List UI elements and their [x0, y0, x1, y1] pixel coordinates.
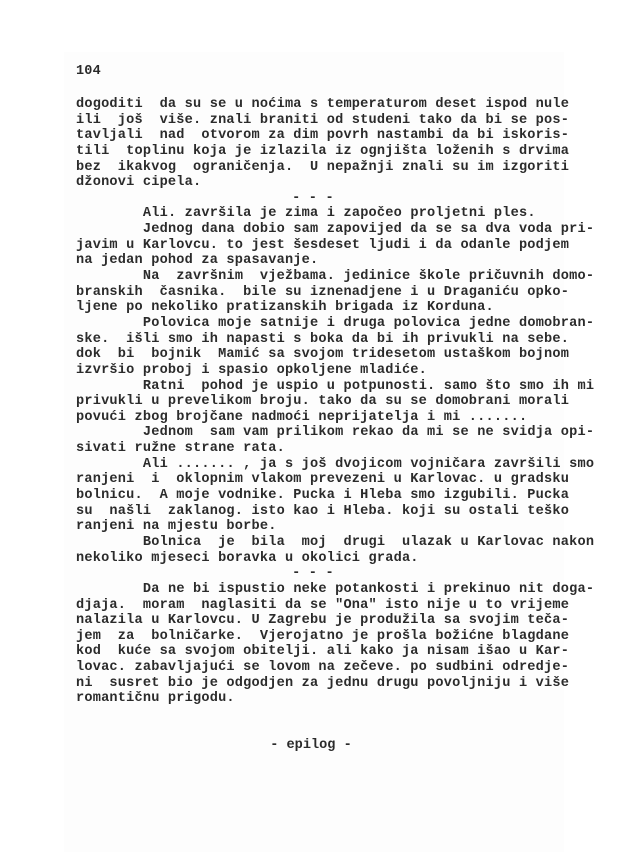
text-line: ljene po nekoliko pratizanskih brigada i…: [76, 300, 556, 316]
text-line: Jednog dana dobio sam zapovijed da se sa…: [76, 222, 556, 238]
text-line: Jednom sam vam prilikom rekao da mi se n…: [76, 425, 556, 441]
text-line: ili još više. znali braniti od studeni t…: [76, 113, 556, 129]
text-line: lovac. zabavljajući se lovom na zečeve. …: [76, 660, 556, 676]
section-heading-epilog: - epilog -: [76, 738, 546, 753]
text-line: na jedan pohod za spasavanje.: [76, 253, 556, 269]
text-line: Polovica moje satnije i druga polovica j…: [76, 316, 556, 332]
text-line: tavljali nad otvorom za dim povrh nastam…: [76, 128, 556, 144]
text-line: Ali. završila je zima i započeo proljetn…: [76, 206, 556, 222]
text-line: ni susret bio je odgodjen za jednu drugu…: [76, 676, 556, 692]
text-line: tili toplinu koja je izlazila iz ognjišt…: [76, 144, 556, 160]
text-line: Ali ....... , ja s još dvojicom vojničar…: [76, 457, 556, 473]
text-line: ranjeni na mjestu borbe.: [76, 519, 556, 535]
text-line: branskih časnika. bile su iznenadjene i …: [76, 285, 556, 301]
section-separator: - - -: [76, 191, 556, 207]
text-line: ske. išli smo ih napasti s boka da bi ih…: [76, 332, 556, 348]
text-line: bez ikakvog ograničenja. U nepažnji znal…: [76, 160, 556, 176]
text-line: sivati ružne strane rata.: [76, 441, 556, 457]
text-line: dogoditi da su se u noćima s temperaturo…: [76, 97, 556, 113]
text-line: privukli u prevelikom broju. tako da su …: [76, 394, 556, 410]
text-line: bolnicu. A moje vodnike. Pucka i Hleba s…: [76, 488, 556, 504]
text-line: izvršio proboj i spasio opkoljene mladić…: [76, 363, 556, 379]
text-line: kod kuće sa svojom obitelji. ali kako ja…: [76, 644, 556, 660]
page-number: 104: [76, 64, 101, 79]
text-line: dok bi bojnik Mamić sa svojom tridesetom…: [76, 347, 556, 363]
text-line: Ratni pohod je uspio u potpunosti. samo …: [76, 379, 556, 395]
text-line: džonovi cipela.: [76, 175, 556, 191]
text-line: javim u Karlovcu. to jest šesdeset ljudi…: [76, 238, 556, 254]
text-line: nekoliko mjeseci boravka u okolici grada…: [76, 551, 556, 567]
text-line: Na završnim vježbama. jedinice škole pri…: [76, 269, 556, 285]
body-text: dogoditi da su se u noćima s temperaturo…: [76, 97, 556, 707]
text-line: Da ne bi ispustio neke potankosti i prek…: [76, 582, 556, 598]
text-line: ranjeni i oklopnim vlakom prevezeni u Ka…: [76, 472, 556, 488]
text-line: djaja. moram naglasiti da se "Ona" isto …: [76, 598, 556, 614]
text-line: Bolnica je bila moj drugi ulazak u Karlo…: [76, 535, 556, 551]
text-line: romantičnu prigodu.: [76, 691, 556, 707]
text-line: nalazila u Karlovcu. U Zagrebu je produž…: [76, 613, 556, 629]
text-line: su našli zaklanog. isto kao i Hleba. koj…: [76, 504, 556, 520]
text-line: povući zbog brojčane nadmoći neprijatelj…: [76, 410, 556, 426]
text-line: jem za bolničarke. Vjerojatno je prošla …: [76, 629, 556, 645]
section-separator: - - -: [76, 566, 556, 582]
